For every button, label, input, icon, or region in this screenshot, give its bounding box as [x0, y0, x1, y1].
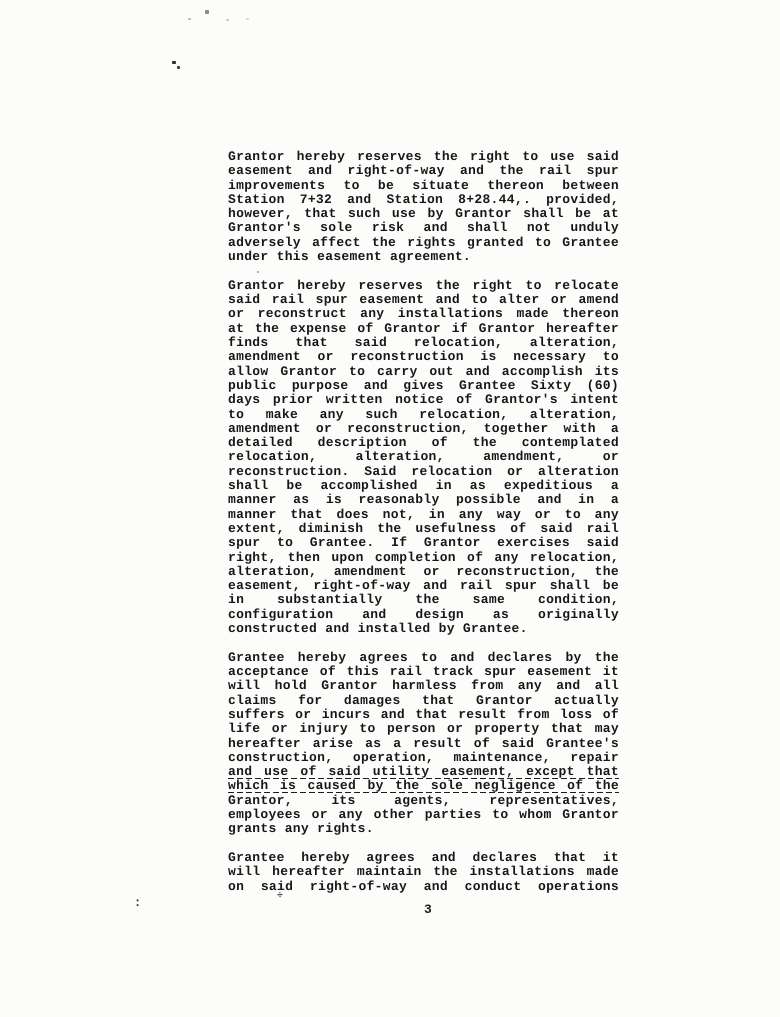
text-line: spur to Grantee. If Grantor exercises sa… — [228, 536, 619, 550]
scan-division-mark: ÷ — [277, 891, 284, 902]
text-line: however, that such use by Grantor shall … — [228, 207, 619, 221]
scan-speck — [205, 10, 209, 14]
text-line: configuration and design as originally — [228, 608, 619, 622]
document-body: Grantor hereby reserves the right to use… — [228, 150, 619, 909]
text-line: hereafter arise as a result of said Gran… — [228, 737, 619, 751]
text-line: right, then upon completion of any reloc… — [228, 551, 619, 565]
text-line: under this easement agreement. — [228, 250, 619, 264]
text-line: life or injury to person or property tha… — [228, 722, 619, 736]
scanned-document-page: Grantor hereby reserves the right to use… — [0, 0, 780, 1017]
text-line: manner as is reasonably possible and in … — [228, 493, 619, 507]
text-line: manner that does not, in any way or to a… — [228, 508, 619, 522]
text-line: Grantor's sole risk and shall not unduly — [228, 221, 619, 235]
scan-speck — [172, 61, 176, 64]
text-line: employees or any other parties to whom G… — [228, 808, 619, 822]
page-number: 3 — [424, 902, 432, 917]
text-line: days prior written notice of Grantor's i… — [228, 393, 619, 407]
text-line: Grantee hereby agrees to and declares by… — [228, 651, 619, 665]
text-line: said rail spur easement and to alter or … — [228, 293, 619, 307]
text-line: on said right-of-way and conduct operati… — [228, 880, 619, 894]
text-line: allow Grantor to carry out and accomplis… — [228, 365, 619, 379]
text-line: public purpose and gives Grantee Sixty (… — [228, 379, 619, 393]
text-line: improvements to be situate thereon betwe… — [228, 179, 619, 193]
text-line: construction, operation, maintenance, re… — [228, 751, 619, 765]
text-line: Grantor, its agents, representatives, — [228, 794, 619, 808]
text-line: claims for damages that Grantor actually — [228, 694, 619, 708]
text-line: in substantially the same condition, — [228, 593, 619, 607]
text-line: amendment or reconstruction, together wi… — [228, 422, 619, 436]
text-line: alteration, amendment or reconstruction,… — [228, 565, 619, 579]
scan-speck — [226, 19, 229, 21]
scan-speck — [188, 18, 191, 20]
scan-speck — [177, 66, 180, 69]
scan-colon-mark: : — [134, 896, 141, 910]
text-line: shall be accomplished in as expeditious … — [228, 479, 619, 493]
scan-speck — [246, 18, 249, 20]
text-line: finds that said relocation, alteration, — [228, 336, 619, 350]
text-line: Grantor hereby reserves the right to rel… — [228, 279, 619, 293]
text-line: which is caused by the sole negligence o… — [228, 779, 619, 793]
text-line: easement and right-of-way and the rail s… — [228, 164, 619, 178]
text-line: reconstruction. Said relocation or alter… — [228, 465, 619, 479]
text-line: to make any such relocation, alteration, — [228, 408, 619, 422]
text-line: acceptance of this rail track spur easem… — [228, 665, 619, 679]
paragraph: Grantor hereby reserves the right to rel… — [228, 279, 619, 636]
paragraph: Grantee hereby agrees and declares that … — [228, 851, 619, 894]
text-line: at the expense of Grantor if Grantor her… — [228, 322, 619, 336]
text-line: grants any rights. — [228, 822, 619, 836]
text-line: easement, right-of-way and rail spur sha… — [228, 579, 619, 593]
text-line: amendment or reconstruction is necessary… — [228, 350, 619, 364]
text-line: detailed description of the contemplated — [228, 436, 619, 450]
text-line: Station 7+32 and Station 8+28.44,. provi… — [228, 193, 619, 207]
text-line: suffers or incurs and that result from l… — [228, 708, 619, 722]
text-line: Grantee hereby agrees and declares that … — [228, 851, 619, 865]
text-line: adversely affect the rights granted to G… — [228, 236, 619, 250]
paragraph: Grantee hereby agrees to and declares by… — [228, 651, 619, 837]
text-line: and use of said utility easement, except… — [228, 765, 619, 779]
text-line: Grantor hereby reserves the right to use… — [228, 150, 619, 164]
text-line: constructed and installed by Grantee. — [228, 622, 619, 636]
text-line: extent, diminish the usefulness of said … — [228, 522, 619, 536]
paragraph: Grantor hereby reserves the right to use… — [228, 150, 619, 264]
text-line: will hereafter maintain the installation… — [228, 865, 619, 879]
text-line: will hold Grantor harmless from any and … — [228, 679, 619, 693]
text-line: relocation, alteration, amendment, or — [228, 450, 619, 464]
text-line: or reconstruct any installations made th… — [228, 307, 619, 321]
